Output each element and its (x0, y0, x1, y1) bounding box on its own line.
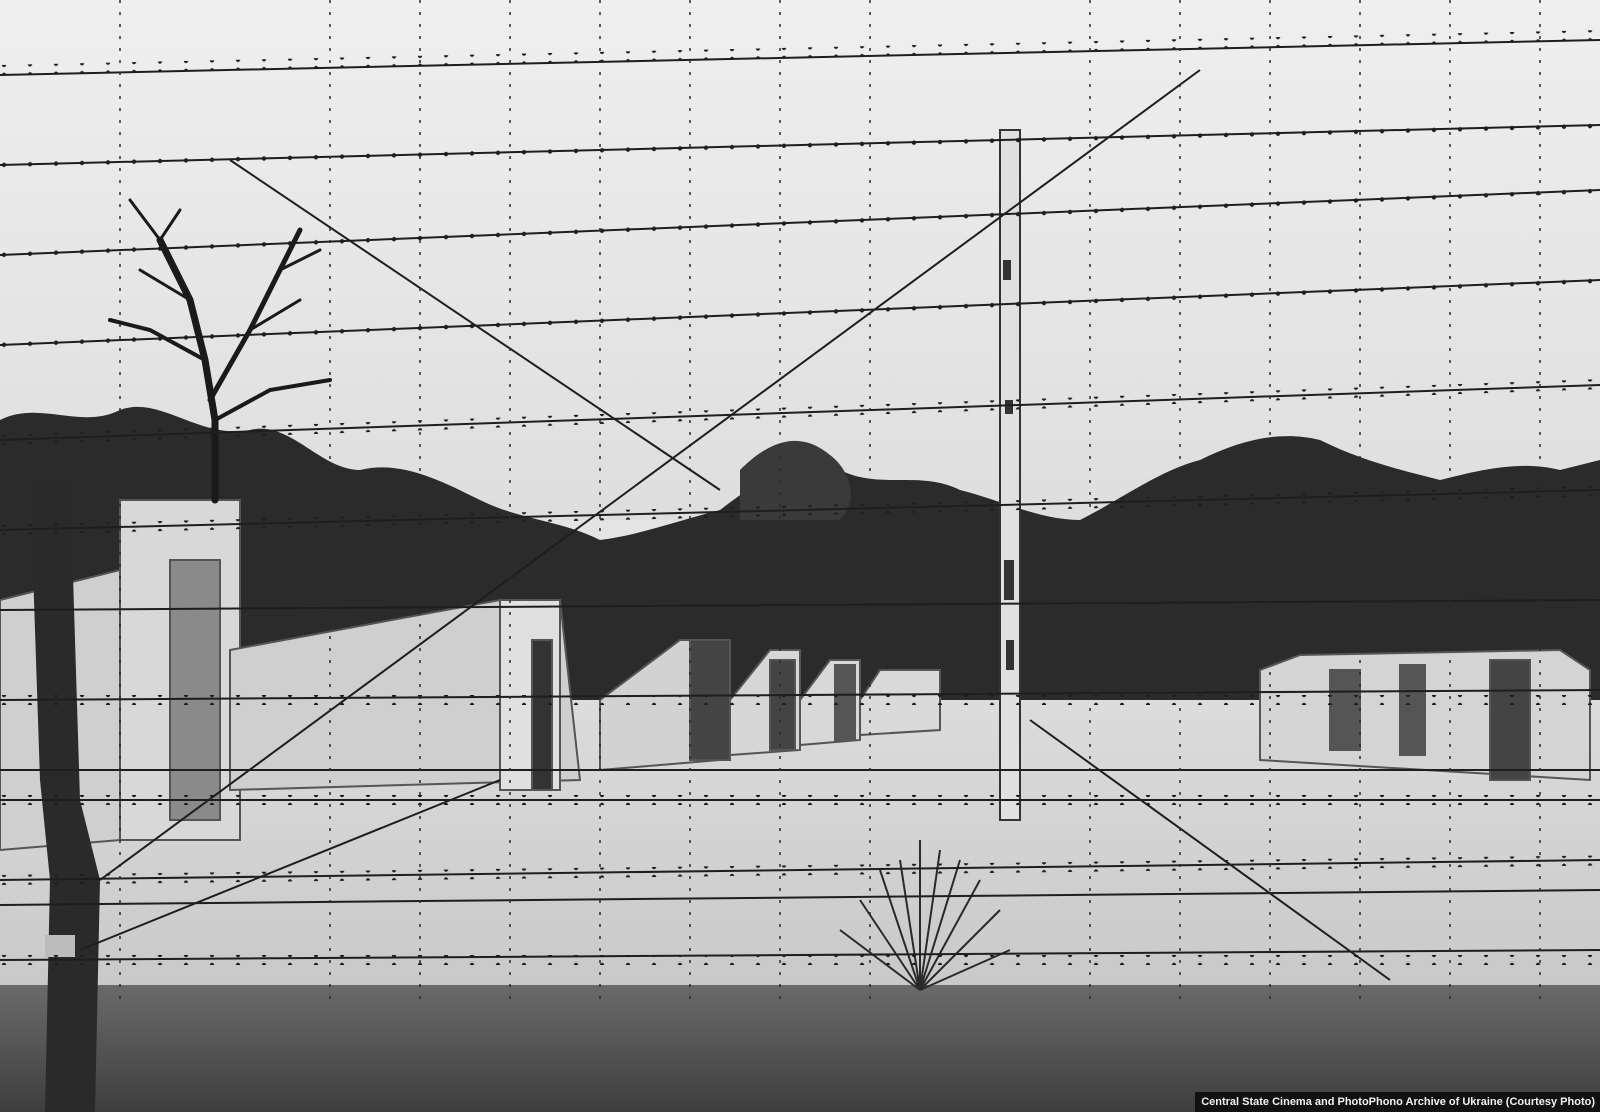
photograph: Central State Cinema and PhotoPhono Arch… (0, 0, 1600, 1112)
photo-credit-caption: Central State Cinema and PhotoPhono Arch… (1195, 1092, 1600, 1112)
camp-photo (0, 0, 1600, 1112)
fence-post-center (1000, 130, 1020, 820)
bunkers-right (1260, 650, 1590, 780)
